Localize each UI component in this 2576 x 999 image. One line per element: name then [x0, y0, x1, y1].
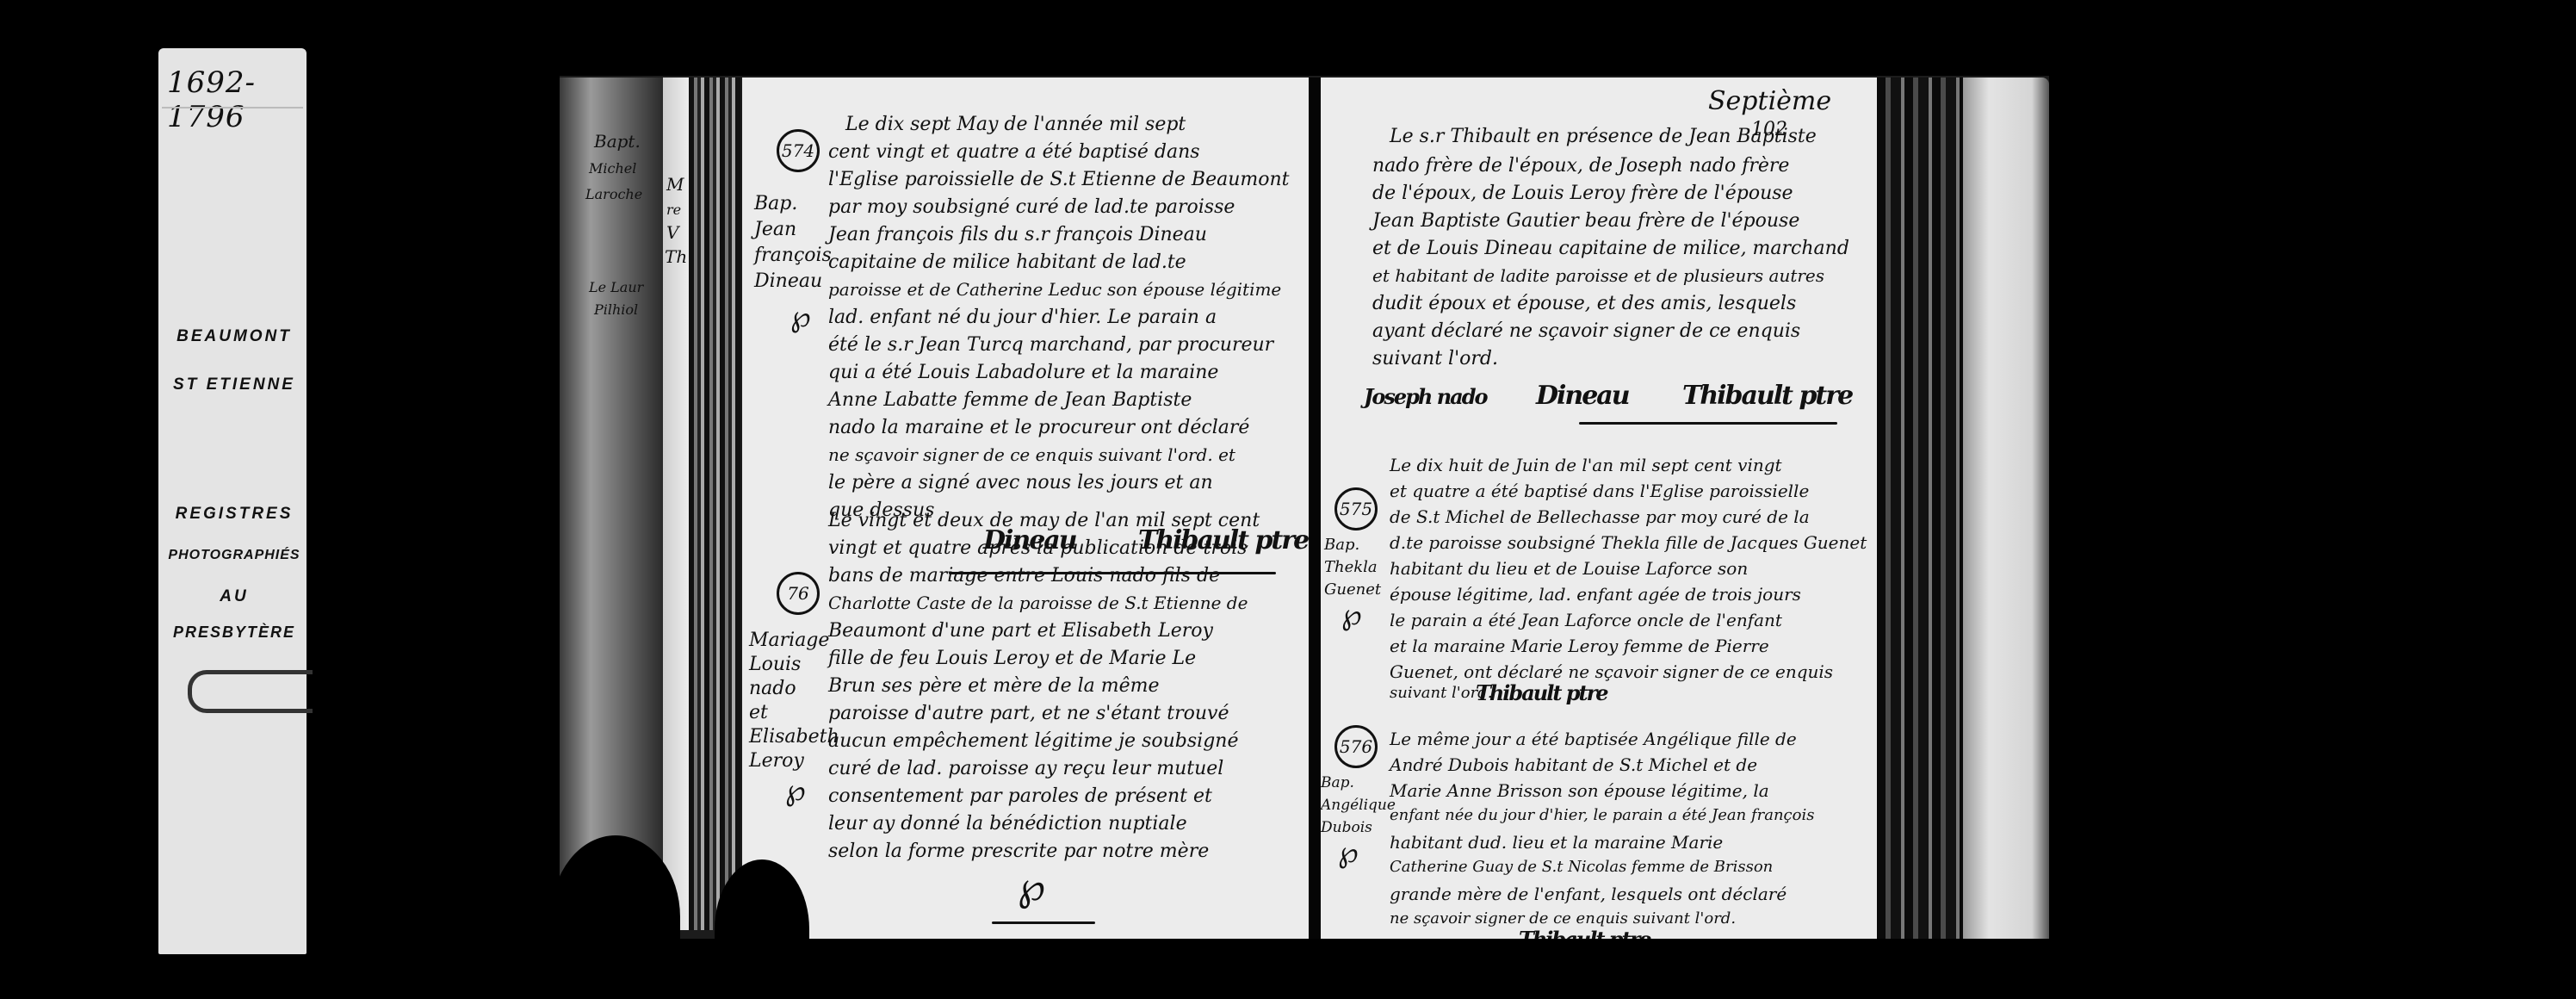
entry-line: et quatre a été baptisé dans l'Eglise pa…	[1390, 482, 1809, 499]
margin-note: Laroche	[585, 183, 642, 207]
entry-line: épouse légitime, lad. enfant agée de tro…	[1390, 586, 1801, 603]
entry-margin-note: Mariage Louis nado et Elisabeth Leroy	[749, 629, 839, 773]
paraphe-mark: ℘	[1338, 835, 1359, 870]
entry-line: Anne Labatte femme de Jean Baptiste	[828, 391, 1192, 410]
inner-note: M	[666, 172, 684, 196]
margin-note: Le Laur	[589, 276, 643, 300]
entry-line: Beaumont d'une part et Elisabeth Leroy	[828, 622, 1213, 641]
entry-line: par moy soubsigné curé de lad.te paroiss…	[828, 198, 1235, 217]
entry-number: 575	[1334, 487, 1378, 531]
continuation-line: et de Louis Dineau capitaine de milice, …	[1372, 239, 1849, 258]
paraphe-mark: ℘	[1341, 598, 1362, 632]
paperclip-icon	[188, 670, 313, 713]
entry-number: 576	[1334, 725, 1378, 768]
entry-margin-note: Bap. Angélique Dubois	[1321, 772, 1396, 839]
entry-line: André Dubois habitant de S.t Michel et d…	[1390, 756, 1757, 773]
entry-line: Le dix huit de Juin de l'an mil sept cen…	[1390, 456, 1782, 474]
signature: Dineau	[1536, 381, 1629, 411]
signature: Thibault ptre	[1682, 381, 1852, 411]
entry-margin-note: Bap. Thekla Guenet	[1324, 534, 1381, 601]
entry-line: nado la maraine et le procureur ont décl…	[828, 419, 1249, 437]
entry-line: ne sçavoir signer de ce enquis suivant l…	[828, 446, 1235, 463]
entry-line: Le dix sept May de l'année mil sept	[845, 115, 1186, 134]
margin-line: Mariage	[749, 629, 839, 653]
finger-occlusion	[551, 835, 680, 999]
date-range: 1692-1796	[167, 65, 296, 134]
right-page: Septième 102 Le s.r Thibault en présence…	[1321, 78, 1880, 939]
inner-note: Th	[665, 245, 687, 269]
divider	[162, 107, 303, 109]
inner-note: V	[666, 220, 678, 245]
entry-line: consentement par paroles de présent et	[828, 787, 1212, 806]
signature: Thibault ptre	[1476, 680, 1607, 705]
note-line: PHOTOGRAPHIÉS	[167, 548, 301, 563]
signature: Joseph nado	[1364, 384, 1487, 409]
paraphe-mark: ℘	[785, 773, 806, 808]
margin-line: Angélique	[1321, 794, 1396, 816]
entry-number: 76	[777, 572, 820, 615]
entry-line: enfant née du jour d'hier, le parain a é…	[1390, 808, 1814, 823]
margin-line: Jean	[754, 217, 832, 243]
left-page-fragment: Bapt. Michel Laroche Le Laur Pilhiol	[560, 78, 663, 930]
entry-line: Marie Anne Brisson son épouse légitime, …	[1390, 782, 1769, 799]
margin-line: Bap.	[1321, 772, 1396, 794]
page-edge-stack-right	[1963, 78, 2049, 947]
continuation-line: et habitant de ladite paroisse et de plu…	[1372, 267, 1824, 284]
paraphe-mark: ℘	[1018, 863, 1045, 909]
margin-note: Bapt.	[594, 129, 641, 153]
continuation-line: Jean Baptiste Gautier beau frère de l'ép…	[1372, 212, 1799, 231]
margin-line: Bap.	[754, 191, 832, 217]
entry-line: qui a été Louis Labadolure et la maraine	[828, 363, 1218, 382]
entry-line: cent vingt et quatre a été baptisé dans	[828, 143, 1200, 162]
entry-line: et la maraine Marie Leroy femme de Pierr…	[1390, 637, 1769, 655]
entry-line: Guenet, ont déclaré ne sçavoir signer de…	[1390, 663, 1833, 680]
margin-line: et	[749, 701, 839, 725]
entry-line: aucun empêchement légitime je soubsigné	[828, 732, 1238, 751]
index-strip: 1692-1796 BEAUMONT ST ETIENNE REGISTRES …	[158, 48, 307, 954]
entry-line: lad. enfant né du jour d'hier. Le parain…	[828, 308, 1217, 327]
continuation-line: ayant déclaré ne sçavoir signer de ce en…	[1372, 322, 1800, 341]
entry-line: l'Eglise paroissielle de S.t Etienne de …	[828, 171, 1290, 189]
entry-line: de S.t Michel de Bellechasse par moy cur…	[1390, 508, 1810, 525]
entry-line: habitant dud. lieu et la maraine Marie	[1390, 834, 1723, 851]
entry-line: Charlotte Caste de la paroisse de S.t Et…	[828, 594, 1248, 611]
entry-line: Le vingt et deux de may de l'an mil sept…	[828, 512, 1260, 531]
entry-line: leur ay donné la bénédiction nuptiale	[828, 815, 1187, 834]
entry-line: paroisse et de Catherine Leduc son épous…	[828, 281, 1281, 298]
entry-line: le parain a été Jean Laforce oncle de l'…	[1390, 611, 1782, 629]
margin-line: nado	[749, 677, 839, 701]
margin-line: Thekla	[1324, 556, 1381, 579]
entry-margin-note: Bap. Jean françois Dineau	[754, 191, 832, 295]
entry-line: capitaine de milice habitant de lad.te	[828, 253, 1186, 272]
paraphe-mark: ℘	[790, 300, 811, 334]
parish-name-line1: BEAUMONT	[167, 327, 301, 346]
entry-line: d.te paroisse soubsigné Thekla fille de …	[1390, 534, 1867, 551]
margin-line: Leroy	[749, 749, 839, 773]
entry-line: fille de feu Louis Leroy et de Marie Le	[828, 649, 1196, 668]
finger-occlusion	[715, 859, 809, 999]
margin-line: Bap.	[1324, 534, 1381, 556]
margin-line: Louis	[749, 653, 839, 677]
entry-line: curé de lad. paroisse ay reçu leur mutue…	[828, 760, 1223, 779]
continuation-line: suivant l'ord.	[1372, 350, 1498, 369]
continuation-line: Le s.r Thibault en présence de Jean Bapt…	[1390, 127, 1817, 146]
book-spine	[1309, 78, 1321, 939]
entry-line: été le s.r Jean Turcq marchand, par proc…	[828, 336, 1273, 355]
parish-name-line2: ST ETIENNE	[167, 375, 301, 394]
continuation-line: nado frère de l'époux, de Joseph nado fr…	[1372, 157, 1789, 176]
entry-line: bans de mariage entre Louis nado fils de	[828, 567, 1220, 586]
inner-note: re	[666, 198, 681, 222]
margin-line: Elisabeth	[749, 725, 839, 749]
left-gutter	[689, 78, 740, 930]
entry-line: Jean françois fils du s.r françois Dinea…	[828, 226, 1207, 245]
entry-line: habitant du lieu et de Louise Laforce so…	[1390, 560, 1748, 577]
entry-number: 574	[777, 129, 820, 172]
signature-flourish	[1579, 422, 1837, 425]
entry-line: Le même jour a été baptisée Angélique fi…	[1390, 730, 1797, 748]
note-line: AU	[167, 587, 301, 606]
margin-line: françois	[754, 243, 832, 269]
entry-line: selon la forme prescrite par notre mère	[828, 842, 1209, 861]
continuation-line: dudit époux et épouse, et des amis, lesq…	[1372, 295, 1796, 313]
right-gutter	[1877, 78, 1972, 939]
entry-line: ne sçavoir signer de ce enquis suivant l…	[1390, 911, 1736, 927]
entry-line: le père a signé avec nous les jours et a…	[828, 474, 1213, 493]
left-page: 574 Bap. Jean françois Dineau ℘ Le dix s…	[742, 78, 1310, 939]
margin-line: Dineau	[754, 269, 832, 295]
note-line: REGISTRES	[167, 505, 301, 524]
note-line: PRESBYTÈRE	[167, 624, 301, 642]
signature-flourish	[992, 921, 1095, 924]
entry-line: grande mère de l'enfant, lesquels ont dé…	[1390, 885, 1786, 903]
continuation-line: de l'époux, de Louis Leroy frère de l'ép…	[1372, 184, 1793, 203]
entry-line: Brun ses père et mère de la même	[828, 677, 1160, 696]
entry-line: Catherine Guay de S.t Nicolas femme de B…	[1390, 859, 1773, 875]
page-header: Septième	[1708, 86, 1831, 116]
entry-line: paroisse d'autre part, et ne s'étant tro…	[828, 704, 1229, 723]
margin-note: Michel	[589, 157, 636, 181]
margin-note: Pilhiol	[594, 298, 638, 322]
entry-line: vingt et quatre après la publication de …	[828, 539, 1247, 558]
